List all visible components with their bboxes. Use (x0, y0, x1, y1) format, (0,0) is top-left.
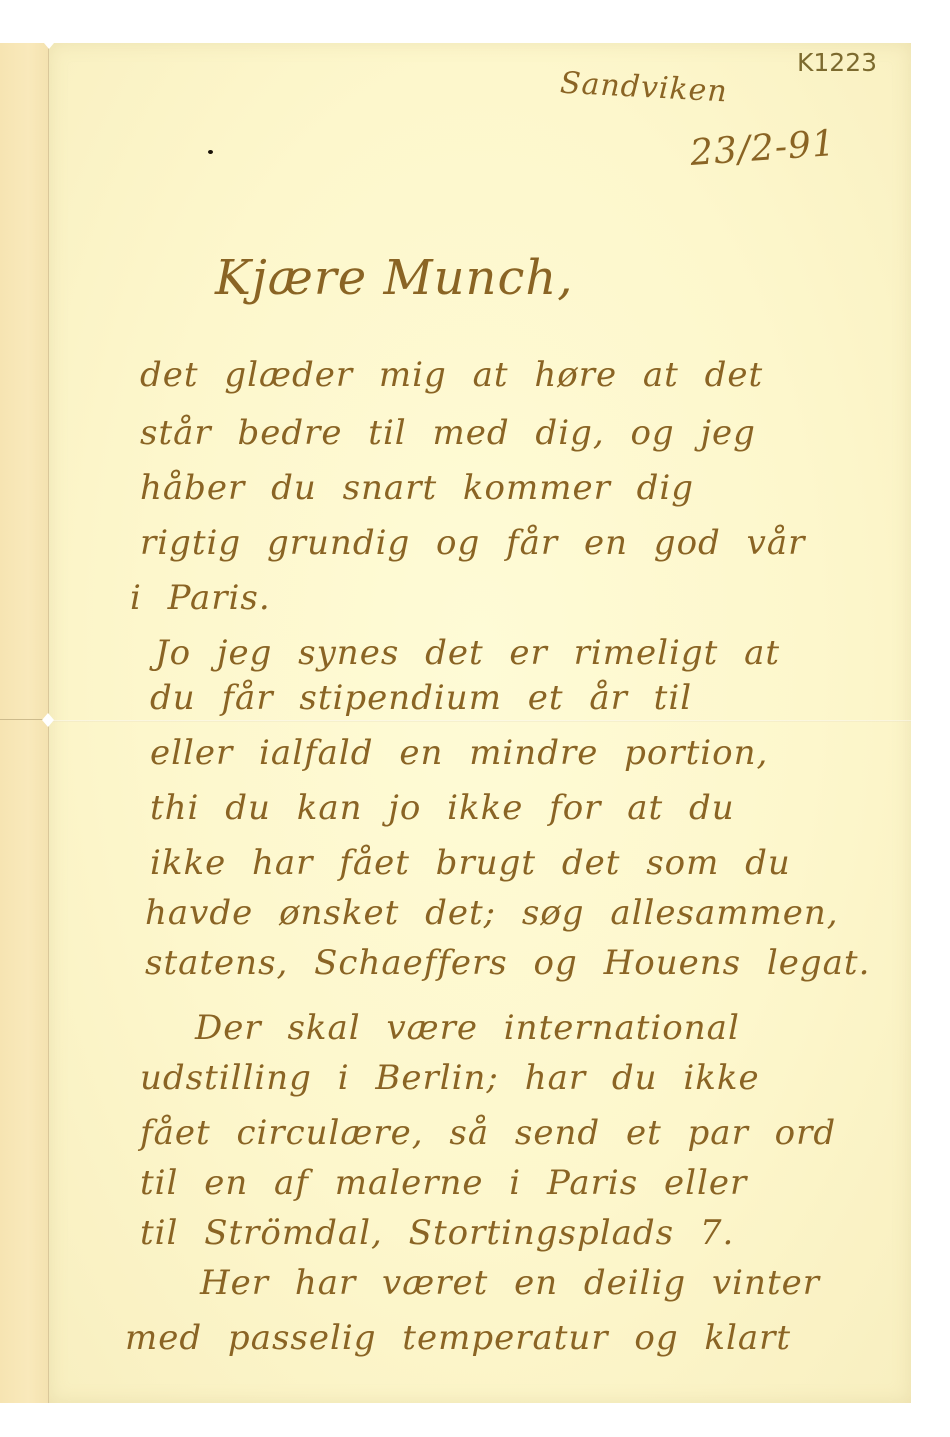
letter-line: det glæder mig at høre at det (140, 355, 763, 395)
letter-line: håber du snart kommer dig (140, 468, 694, 508)
salutation: Kjære Munch, (215, 250, 574, 306)
letter-line: rigtig grundig og får en god vår (140, 523, 805, 563)
letter-line: du får stipendium et år til (150, 678, 692, 718)
letter-line: med passelig temperatur og klart (125, 1318, 791, 1358)
letter-line: havde ønsket det; søg allesammen, (145, 893, 839, 933)
letter-line: Der skal være international (195, 1008, 740, 1048)
letter-line: thi du kan jo ikke for at du (150, 788, 735, 828)
letter-line: udstilling i Berlin; har du ikke (140, 1058, 760, 1098)
letter-line: til en af malerne i Paris eller (140, 1163, 747, 1203)
letter-line: fået circulære, så send et par ord (140, 1113, 836, 1153)
letter-line: eller ialfald en mindre portion, (150, 733, 768, 773)
letter-line: til Strömdal, Stortingsplads 7. (140, 1213, 734, 1253)
flap-fold-crease (0, 719, 48, 720)
left-page-flap (0, 43, 49, 1403)
ink-speck (208, 150, 213, 154)
letter-line: statens, Schaeffers og Houens legat. (145, 943, 870, 983)
letter-line: Jo jeg synes det er rimeligt at (155, 633, 780, 673)
letter-line: Her har været en deilig vinter (200, 1263, 820, 1303)
letter-line: ikke har fået brugt det som du (150, 843, 791, 883)
horizontal-fold-crease (49, 720, 911, 722)
letter-line: i Paris. (130, 578, 271, 618)
letter-line: står bedre til med dig, og jeg (140, 413, 756, 453)
archive-number: K1223 (797, 48, 877, 77)
